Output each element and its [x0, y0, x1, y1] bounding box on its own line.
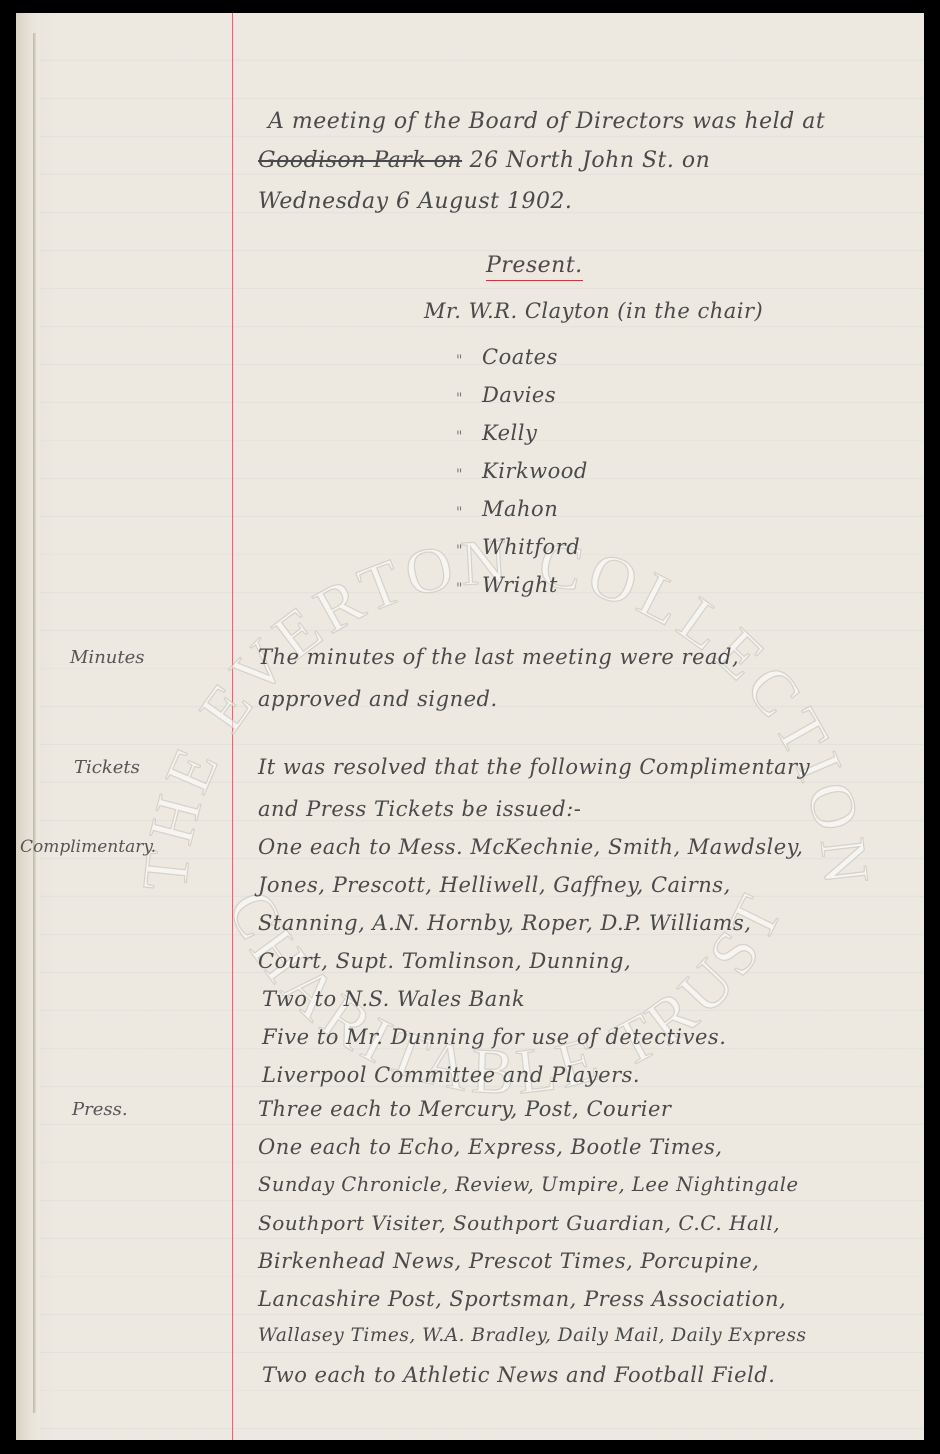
struck-venue: Goodison Park on	[258, 148, 462, 173]
ditto-mark: "	[456, 353, 462, 369]
ditto-mark: "	[456, 391, 462, 407]
venue: 26 North John St. on	[462, 148, 710, 173]
member-whitford: Whitford	[482, 535, 580, 559]
binding-edge	[33, 33, 36, 1413]
press-line-7: Wallasey Times, W.A. Bradley, Daily Mail…	[258, 1325, 806, 1346]
opening-line-3: Wednesday 6 August 1902.	[258, 189, 572, 214]
minutes-line-2: approved and signed.	[258, 687, 498, 711]
complimentary-line-5: Two to N.S. Wales Bank	[262, 987, 525, 1011]
binding-shadow	[16, 13, 40, 1440]
red-margin-rule	[232, 13, 233, 1440]
ledger-page: THE EVERTON COLLECTION CHARITABLE TRUST …	[16, 13, 924, 1440]
margin-label-press: Press.	[72, 1099, 128, 1120]
press-line-2: One each to Echo, Express, Bootle Times,	[258, 1135, 723, 1159]
press-line-5: Birkenhead News, Prescot Times, Porcupin…	[258, 1249, 759, 1273]
member-davies: Davies	[482, 383, 556, 407]
chair-line: Mr. W.R. Clayton (in the chair)	[424, 299, 763, 323]
present-heading: Present.	[486, 253, 583, 278]
margin-label-tickets: Tickets	[74, 757, 140, 778]
margin-label-minutes: Minutes	[70, 647, 145, 668]
member-kelly: Kelly	[482, 421, 537, 445]
member-coates: Coates	[482, 345, 558, 369]
complimentary-line-4: Court, Supt. Tomlinson, Dunning,	[258, 949, 631, 973]
press-line-4: Southport Visiter, Southport Guardian, C…	[258, 1211, 780, 1235]
press-line-6: Lancashire Post, Sportsman, Press Associ…	[258, 1287, 786, 1311]
ditto-mark: "	[456, 467, 462, 483]
complimentary-line-7: Liverpool Committee and Players.	[262, 1063, 640, 1087]
member-mahon: Mahon	[482, 497, 558, 521]
press-line-3: Sunday Chronicle, Review, Umpire, Lee Ni…	[258, 1173, 799, 1196]
margin-label-complimentary: Complimentary.	[20, 837, 156, 857]
press-line-1: Three each to Mercury, Post, Courier	[258, 1097, 671, 1121]
member-kirkwood: Kirkwood	[482, 459, 588, 483]
opening-line-1: A meeting of the Board of Directors was …	[268, 109, 825, 134]
ditto-mark: "	[456, 505, 462, 521]
member-wright: Wright	[482, 573, 558, 597]
tickets-line-2: and Press Tickets be issued:-	[258, 797, 581, 821]
tickets-line-1: It was resolved that the following Compl…	[258, 755, 810, 779]
complimentary-line-3: Stanning, A.N. Hornby, Roper, D.P. Willi…	[258, 911, 751, 935]
ditto-mark: "	[456, 429, 462, 445]
press-line-8: Two each to Athletic News and Football F…	[262, 1363, 775, 1387]
complimentary-line-1: One each to Mess. McKechnie, Smith, Mawd…	[258, 835, 803, 859]
complimentary-line-6: Five to Mr. Dunning for use of detective…	[262, 1025, 726, 1049]
minutes-line-1: The minutes of the last meeting were rea…	[258, 645, 739, 669]
opening-line-2: Goodison Park on 26 North John St. on	[258, 148, 710, 173]
complimentary-line-2: Jones, Prescott, Helliwell, Gaffney, Cai…	[258, 873, 731, 897]
ditto-mark: "	[456, 543, 462, 559]
ditto-mark: "	[456, 581, 462, 597]
